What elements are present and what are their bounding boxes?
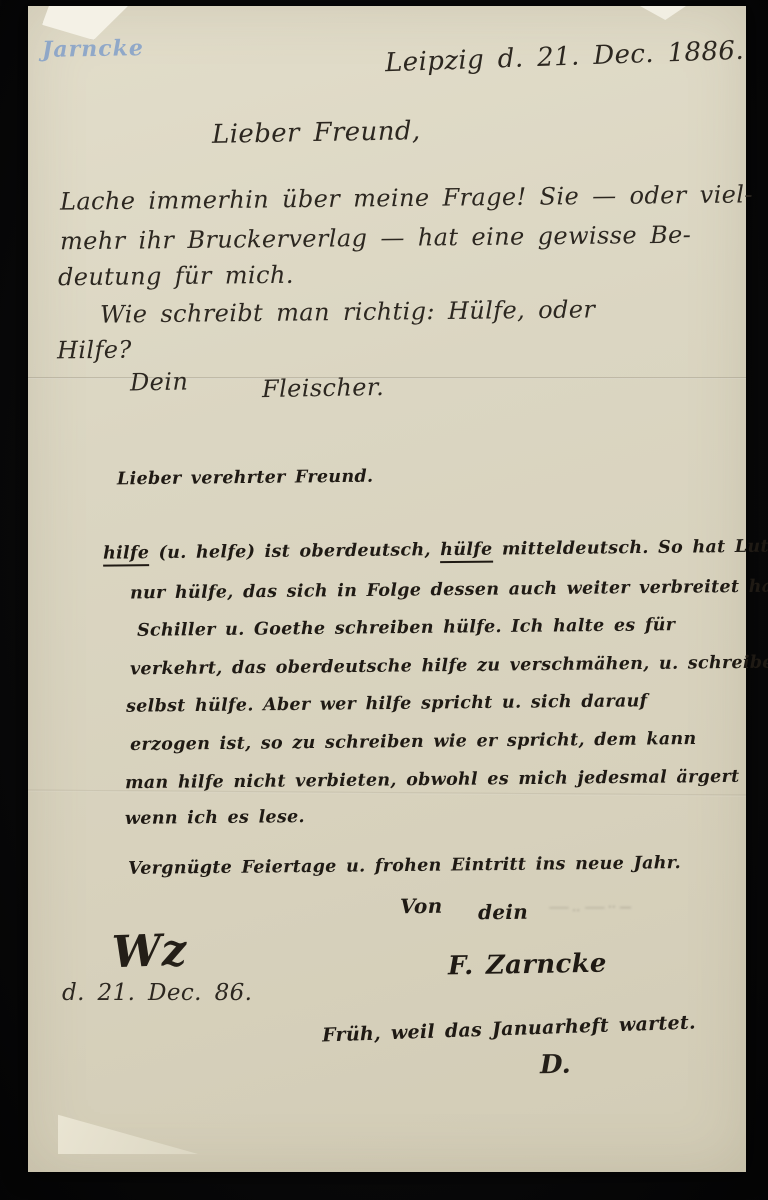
letter-paper-sheet: Jarncke Leipzig d. 21. Dec. 1886. Lieber… xyxy=(28,6,746,1172)
letter1-salutation: Lieber Freund, xyxy=(212,116,421,150)
underlined-word-huelfe: hülfe xyxy=(440,540,493,564)
letter2-body-line4: verkehrt, das oberdeutsche hilfe zu vers… xyxy=(130,653,768,680)
letter2-body-line1-tail: mitteldeutsch. So hat Luther xyxy=(492,536,768,559)
letter2-body-line2: nur hülfe, das sich in Folge dessen auch… xyxy=(130,577,768,604)
letter2-body-line1: hilfe (u. helfe) ist oberdeutsch, hülfe … xyxy=(103,536,768,563)
letter2-monogram-flourish: Wz xyxy=(111,925,187,979)
letter2-signature: F. Zarncke xyxy=(448,949,607,982)
letter2-valediction-von: Von xyxy=(400,894,443,918)
folded-corner-bottom-left xyxy=(58,1098,198,1154)
letter2-body-line5: selbst hülfe. Aber wer hilfe spricht u. … xyxy=(126,691,648,716)
letter2-body-line3: Schiller u. Goethe schreiben hülfe. Ich … xyxy=(137,615,675,641)
torn-edge-top-right xyxy=(640,6,686,20)
letter1-valediction: Dein xyxy=(130,367,189,396)
letter2-body-line1-text: (u. helfe) ist oberdeutsch, xyxy=(149,540,440,563)
archivist-annotation-blue-pencil: Jarncke xyxy=(42,35,144,63)
letter2-salutation: Lieber verehrter Freund. xyxy=(117,467,374,490)
letter2-valediction-dein: dein xyxy=(478,900,528,925)
letter1-body-line2: mehr ihr Bruckerverlag — hat eine gewiss… xyxy=(60,221,691,256)
letter2-postscript-flourish: D. xyxy=(540,1050,571,1081)
letter2-postscript: Früh, weil das Januarheft wartet. xyxy=(322,1011,697,1046)
letter1-body-line3: deutung für mich. xyxy=(58,261,294,291)
letter2-closing-wish: Vergnügte Feiertage u. frohen Eintritt i… xyxy=(128,853,681,879)
letter2-body-line6: erzogen ist, so zu schreiben wie er spri… xyxy=(130,729,697,755)
letter2-body-line8: wenn ich es lese. xyxy=(125,807,305,829)
letter1-dateline: Leipzig d. 21. Dec. 1886. xyxy=(385,36,745,79)
letter1-body-line5: Hilfe? xyxy=(57,336,132,365)
letter1-body-line4: Wie schreibt man richtig: Hülfe, oder xyxy=(100,295,596,328)
letter2-body-line7: man hilfe nicht verbieten, obwohl es mic… xyxy=(125,767,740,793)
letter1-body-line1: Lache immerhin über meine Frage! Sie — o… xyxy=(60,180,753,215)
letter2-date-note: d. 21. Dec. 86. xyxy=(62,980,252,1006)
underlined-word-hilfe: hilfe xyxy=(103,543,149,566)
erased-pencil-marks: ⸺ ‥ ⸺ ·· — xyxy=(548,898,728,912)
scanned-letter-photograph: { "annotation": { "label": "Jarncke" }, … xyxy=(0,0,768,1200)
letter1-signature: Fleischer. xyxy=(262,373,385,403)
